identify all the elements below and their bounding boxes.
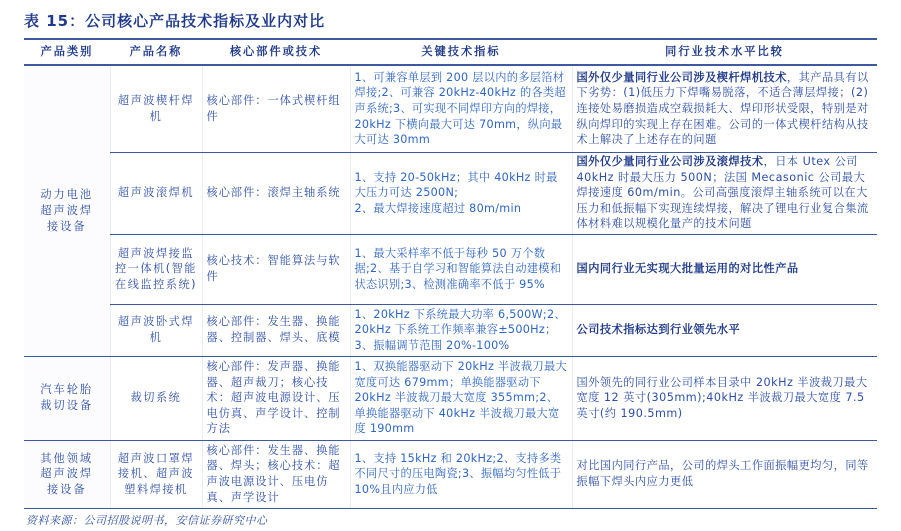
table-row: 超声波滚焊机 核心部件：滚焊主轴系统 1、支持 20-50kHz；其中 40kH… bbox=[24, 152, 877, 234]
compare-cell: 国外领先的同行业公司样本目录中 20kHz 半波裁刀最大宽度 12 英寸(305… bbox=[572, 356, 877, 440]
category-cell: 其他领域超声波焊接设备 bbox=[24, 440, 110, 508]
table-row: 超声波焊接监控一体机(智能在线监控系统) 核心技术：智能算法与软件 1、最大采样… bbox=[24, 234, 877, 304]
compare-lead: 国外仅少量同行业公司涉及楔杆焊机技术 bbox=[577, 71, 787, 84]
category-cell: 动力电池超声波焊接设备 bbox=[24, 65, 110, 356]
comparison-table: 产品类别 产品名称 核心部件或技术 关键技术指标 同行业技术水平比较 动力电池超… bbox=[24, 38, 877, 509]
kpi-line: 1、支持 20-50kHz；其中 40kHz 时最大压力可达 2500N; bbox=[355, 170, 568, 201]
core-cell: 核心部件：滚焊主轴系统 bbox=[202, 152, 350, 234]
product-cell: 超声波卧式焊机 bbox=[110, 304, 202, 356]
core-cell: 核心部件：发声器、换能器、超声裁刀；核心技术：超声波电源设计、压电仿真、声学设计… bbox=[202, 356, 350, 440]
compare-cell: 国内同行业无实现大批量运用的对比性产品 bbox=[572, 234, 877, 304]
header-compare: 同行业技术水平比较 bbox=[572, 39, 877, 65]
product-cell: 超声波口罩焊接机、超声波塑料焊接机 bbox=[110, 440, 202, 508]
core-cell: 核心技术：智能算法与软件 bbox=[202, 234, 350, 304]
table-row: 其他领域超声波焊接设备 超声波口罩焊接机、超声波塑料焊接机 核心部件：发生器、换… bbox=[24, 440, 877, 508]
kpi-cell: 1、支持 15kHz 和 20kHz;2、支持多类不同尺寸的压电陶瓷;3、振幅均… bbox=[350, 440, 572, 508]
compare-cell: 国外仅少量同行业公司涉及楔杆焊机技术，其产品具有以下劣势：(1)低压力下焊嘴易脱… bbox=[572, 65, 877, 152]
compare-cell: 国外仅少量同行业公司涉及滚焊技术，日本 Utex 公司 40kHz 时最大压力 … bbox=[572, 152, 877, 234]
kpi-line: 2、最大焊接速度超过 80m/min bbox=[355, 201, 568, 217]
kpi-cell: 1、最大采样率不低于每秒 50 万个数据;2、基于自学习和智能算法自动建模和状态… bbox=[350, 234, 572, 304]
kpi-cell: 1、双换能器驱动下 20kHz 半波裁刀最大宽度可达 679mm；单换能器驱动下… bbox=[350, 356, 572, 440]
kpi-cell: 1、可兼容单层到 200 层以内的多层箔材焊接;2、可兼容 20kHz-40kH… bbox=[350, 65, 572, 152]
source-note: 资料来源：公司招股说明书，安信证券研究中心 bbox=[26, 512, 268, 528]
core-cell: 核心部件：一体式楔杆组件 bbox=[202, 65, 350, 152]
compare-cell: 对比国内同行产品，公司的焊头工作面振幅更均匀，同等振幅下焊头内应力更低 bbox=[572, 440, 877, 508]
header-kpi: 关键技术指标 bbox=[350, 39, 572, 65]
category-cell: 汽车轮胎裁切设备 bbox=[24, 356, 110, 440]
core-cell: 核心部件：发生器、换能器、焊头；核心技术：超声波电源设计、压电仿真、声学设计 bbox=[202, 440, 350, 508]
header-core: 核心部件或技术 bbox=[202, 39, 350, 65]
header-category: 产品类别 bbox=[24, 39, 110, 65]
core-cell: 核心部件：发生器、换能器、控制器、焊头、底模 bbox=[202, 304, 350, 356]
product-cell: 超声波焊接监控一体机(智能在线监控系统) bbox=[110, 234, 202, 304]
table-title: 表 15：公司核心产品技术指标及业内对比 bbox=[24, 10, 325, 31]
product-cell: 超声波楔杆焊机 bbox=[110, 65, 202, 152]
table-header-row: 产品类别 产品名称 核心部件或技术 关键技术指标 同行业技术水平比较 bbox=[24, 39, 877, 65]
kpi-cell: 1、支持 20-50kHz；其中 40kHz 时最大压力可达 2500N;2、最… bbox=[350, 152, 572, 234]
product-cell: 超声波滚焊机 bbox=[110, 152, 202, 234]
table-row: 动力电池超声波焊接设备 超声波楔杆焊机 核心部件：一体式楔杆组件 1、可兼容单层… bbox=[24, 65, 877, 152]
compare-cell: 公司技术指标达到行业领先水平 bbox=[572, 304, 877, 356]
table-row: 汽车轮胎裁切设备 裁切系统 核心部件：发声器、换能器、超声裁刀；核心技术：超声波… bbox=[24, 356, 877, 440]
header-product: 产品名称 bbox=[110, 39, 202, 65]
kpi-cell: 1、20kHz 下系统最大功率 6,500W;2、20kHz 下系统工作频率兼容… bbox=[350, 304, 572, 356]
compare-lead: 国外仅少量同行业公司涉及滚焊技术 bbox=[577, 155, 764, 168]
table-row: 超声波卧式焊机 核心部件：发生器、换能器、控制器、焊头、底模 1、20kHz 下… bbox=[24, 304, 877, 356]
product-cell: 裁切系统 bbox=[110, 356, 202, 440]
